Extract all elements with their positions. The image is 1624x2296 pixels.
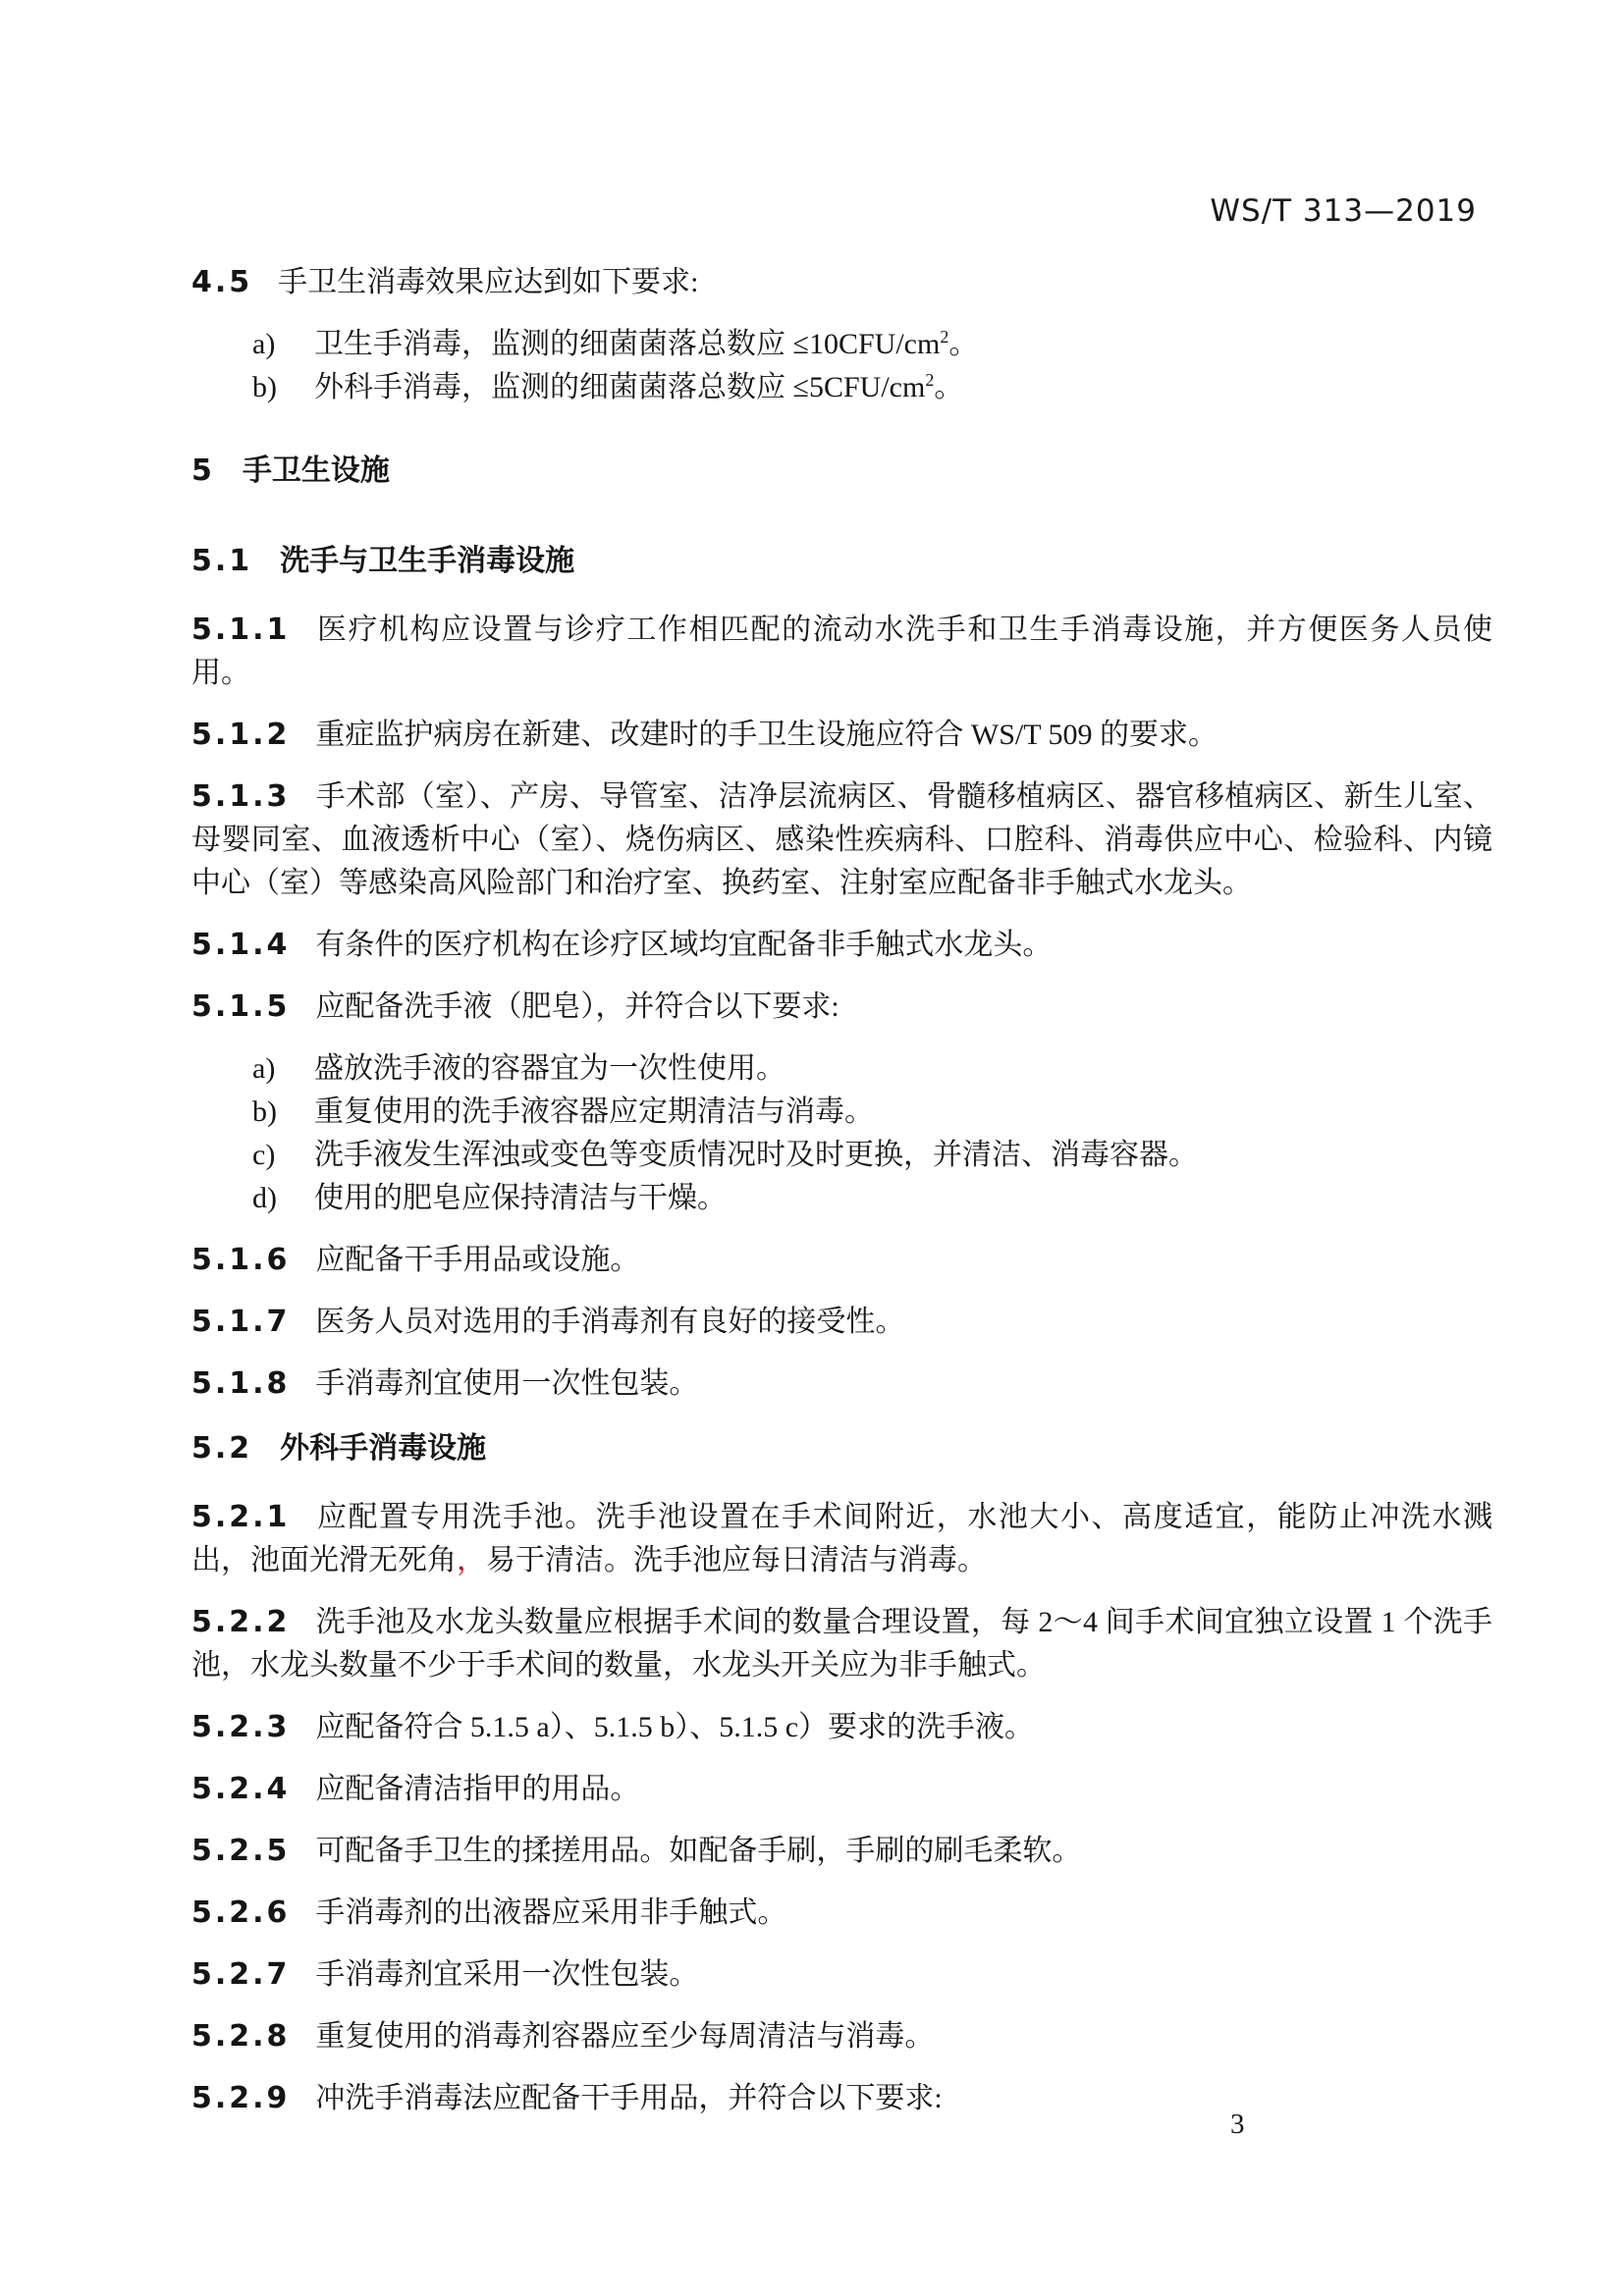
clause-5.2.1: 5.2.1应配置专用洗手池。洗手池设置在手术间附近，水池大小、高度适宜，能防止冲… (191, 1496, 1492, 1582)
text-run: 重复使用的消毒剂容器应至少每周清洁与消毒。 (315, 2020, 934, 2053)
list-item-a-1: a)卫生手消毒，监测的细菌菌落总数应 ≤10CFU/cm2。 (191, 323, 1492, 366)
text-run: 手卫生设施 (243, 454, 390, 488)
clause-5.1.1: 5.1.1医疗机构应设置与诊疗工作相匹配的流动水洗手和卫生手消毒设施，并方便医务… (191, 609, 1492, 695)
clause-5.1.5: 5.1.5应配备洗手液（肥皂），并符合以下要求: (191, 986, 1492, 1029)
block-text: 冲洗手消毒法应配备干手用品，并符合以下要求: (315, 2082, 942, 2114)
block-text: 卫生手消毒，监测的细菌菌落总数应 ≤10CFU/cm2。 (314, 328, 978, 360)
block-text: 医疗机构应设置与诊疗工作相匹配的流动水洗手和卫生手消毒设施，并方便医务人员使用。 (191, 614, 1492, 689)
clause-number: 5.2.3 (191, 1710, 290, 1744)
text-run: 应配备清洁指甲的用品。 (315, 1773, 639, 1805)
block-text: 应配置专用洗手池。洗手池设置在手术间附近，水池大小、高度适宜，能防止冲洗水溅出，… (191, 1501, 1492, 1576)
text-run: 使用的肥皂应保持清洁与干燥。 (314, 1182, 727, 1214)
clause-number: 5.1.4 (191, 928, 290, 962)
text-run: 应配备干手用品或设施。 (315, 1244, 639, 1276)
clause-number: 5.2.2 (191, 1605, 290, 1639)
clause-5.1.8: 5.1.8手消毒剂宜使用一次性包装。 (191, 1362, 1492, 1406)
block-text: 重复使用的洗手液容器应定期清洁与消毒。 (314, 1095, 874, 1128)
text-run: 冲洗手消毒法应配备干手用品，并符合以下要求: (315, 2082, 942, 2114)
block-text: 手卫生消毒效果应达到如下要求: (278, 266, 698, 298)
text-run: 洗手液发生浑浊或变色等变质情况时及时更换，并清洁、消毒容器。 (314, 1139, 1198, 1171)
list-item-b-2: b)外科手消毒，监测的细菌菌落总数应 ≤5CFU/cm2。 (191, 366, 1492, 409)
section-number: 5.2 (191, 1431, 252, 1466)
block-text: 手消毒剂宜使用一次性包装。 (315, 1367, 698, 1400)
list-item-d-13: d)使用的肥皂应保持清洁与干燥。 (191, 1177, 1492, 1220)
list-item-label: c) (252, 1134, 283, 1177)
text-run: 应配备洗手液（肥皂），并符合以下要求: (315, 990, 839, 1023)
clause-5.2.7: 5.2.7手消毒剂宜采用一次性包装。 (191, 1953, 1492, 1997)
clause-number: 5.2.7 (191, 1957, 290, 1992)
list-item-label: a) (252, 323, 283, 366)
block-text: 可配备手卫生的揉搓用品。如配备手刷，手刷的刷毛柔软。 (315, 1835, 1081, 1867)
clause-number: 5.1.7 (191, 1305, 290, 1339)
list-item-label: d) (252, 1177, 283, 1220)
page-number: 3 (1230, 2107, 1245, 2142)
document-page: WS/T 313—2019 4.5手卫生消毒效果应达到如下要求:a)卫生手消毒，… (0, 0, 1624, 2296)
clause-number: 5.1.2 (191, 718, 290, 752)
text-run: 外科手消毒设施 (280, 1431, 486, 1466)
block-text: 外科手消毒设施 (280, 1431, 486, 1466)
text-run: 医疗机构应设置与诊疗工作相匹配的流动水洗手和卫生手消毒设施，并方便医务人员使用。 (191, 614, 1492, 689)
text-run: 外科手消毒，监测的细菌菌落总数应 ≤5CFU/cm (314, 371, 925, 403)
block-text: 应配备洗手液（肥皂），并符合以下要求: (315, 990, 839, 1023)
text-run: 。 (948, 328, 978, 360)
text-run: 手消毒剂宜采用一次性包装。 (315, 1958, 698, 1991)
list-item-a-10: a)盛放洗手液的容器宜为一次性使用。 (191, 1047, 1492, 1091)
clause-number: 5.2.6 (191, 1896, 290, 1930)
text-run: 有条件的医疗机构在诊疗区域均宜配备非手触式水龙头。 (315, 929, 1052, 961)
text-run: 盛放洗手液的容器宜为一次性使用。 (314, 1052, 785, 1085)
block-text: 盛放洗手液的容器宜为一次性使用。 (314, 1052, 785, 1085)
clause-number: 5.1.3 (191, 779, 290, 814)
section-number: 5 (191, 454, 215, 488)
text-run: 手术部（室）、产房、导管室、洁净层流病区、骨髓移植病区、器官移植病区、新生儿室、… (191, 780, 1492, 899)
clause-number: 5.1.6 (191, 1243, 290, 1277)
text-run: ， (457, 1544, 486, 1576)
list-item-label: b) (252, 1091, 283, 1134)
text-run: 卫生手消毒，监测的细菌菌落总数应 ≤10CFU/cm (314, 328, 940, 360)
text-run: 2 (940, 327, 948, 347)
block-text: 洗手池及水龙头数量应根据手术间的数量合理设置，每 2～4 间手术间宜独立设置 1… (191, 1606, 1492, 1682)
clause-5.2.2: 5.2.2洗手池及水龙头数量应根据手术间的数量合理设置，每 2～4 间手术间宜独… (191, 1601, 1492, 1687)
section-heading-5: 5手卫生设施 (191, 450, 1492, 493)
list-item-b-11: b)重复使用的洗手液容器应定期清洁与消毒。 (191, 1091, 1492, 1134)
text-run: 洗手与卫生手消毒设施 (280, 544, 574, 578)
text-run: 手消毒剂的出液器应采用非手触式。 (315, 1896, 786, 1929)
block-text: 应配备清洁指甲的用品。 (315, 1773, 639, 1805)
clause-5.2.8: 5.2.8重复使用的消毒剂容器应至少每周清洁与消毒。 (191, 2015, 1492, 2058)
clause-5.2.5: 5.2.5可配备手卫生的揉搓用品。如配备手刷，手刷的刷毛柔软。 (191, 1830, 1492, 1873)
clause-number: 5.1.5 (191, 989, 290, 1024)
clause-5.1.2: 5.1.2重症监护病房在新建、改建时的手卫生设施应符合 WS/T 509 的要求… (191, 714, 1492, 757)
section-number: 5.1 (191, 544, 252, 578)
text-run: 重复使用的洗手液容器应定期清洁与消毒。 (314, 1095, 874, 1128)
block-text: 应配备干手用品或设施。 (315, 1244, 639, 1276)
block-text: 应配备符合 5.1.5 a）、5.1.5 b）、5.1.5 c）要求的洗手液。 (315, 1711, 1034, 1743)
block-text: 有条件的医疗机构在诊疗区域均宜配备非手触式水龙头。 (315, 929, 1052, 961)
clause-5.2.4: 5.2.4应配备清洁指甲的用品。 (191, 1768, 1492, 1811)
text-run: 医务人员对选用的手消毒剂有良好的接受性。 (315, 1306, 904, 1338)
text-run: 手卫生消毒效果应达到如下要求: (278, 266, 698, 298)
clause-5.2.9: 5.2.9冲洗手消毒法应配备干手用品，并符合以下要求: (191, 2077, 1492, 2120)
text-run: 重症监护病房在新建、改建时的手卫生设施应符合 WS/T 509 的要求。 (315, 719, 1218, 751)
block-text: 手卫生设施 (243, 454, 390, 488)
text-run: 手消毒剂宜使用一次性包装。 (315, 1367, 698, 1400)
text-run: 易于清洁。洗手池应每日清洁与消毒。 (486, 1544, 987, 1576)
block-text: 手术部（室）、产房、导管室、洁净层流病区、骨髓移植病区、器官移植病区、新生儿室、… (191, 780, 1492, 899)
list-item-c-12: c)洗手液发生浑浊或变色等变质情况时及时更换，并清洁、消毒容器。 (191, 1134, 1492, 1177)
list-item-label: a) (252, 1047, 283, 1091)
clause-4.5: 4.5手卫生消毒效果应达到如下要求: (191, 261, 1492, 304)
block-text: 医务人员对选用的手消毒剂有良好的接受性。 (315, 1306, 904, 1338)
block-text: 手消毒剂宜采用一次性包装。 (315, 1958, 698, 1991)
section-heading-5.2: 5.2外科手消毒设施 (191, 1427, 1492, 1470)
block-text: 重症监护病房在新建、改建时的手卫生设施应符合 WS/T 509 的要求。 (315, 719, 1218, 751)
text-run: 2 (925, 370, 934, 390)
text-run: 可配备手卫生的揉搓用品。如配备手刷，手刷的刷毛柔软。 (315, 1835, 1081, 1867)
clause-5.2.6: 5.2.6手消毒剂的出液器应采用非手触式。 (191, 1892, 1492, 1935)
text-run: 洗手池及水龙头数量应根据手术间的数量合理设置，每 2～4 间手术间宜独立设置 1… (191, 1606, 1492, 1682)
block-text: 手消毒剂的出液器应采用非手触式。 (315, 1896, 786, 1929)
clause-5.1.4: 5.1.4有条件的医疗机构在诊疗区域均宜配备非手触式水龙头。 (191, 924, 1492, 967)
section-heading-5.1: 5.1洗手与卫生手消毒设施 (191, 540, 1492, 583)
document-body: 4.5手卫生消毒效果应达到如下要求:a)卫生手消毒，监测的细菌菌落总数应 ≤10… (191, 242, 1492, 2139)
clause-number: 5.1.8 (191, 1366, 290, 1401)
clause-number: 5.2.5 (191, 1834, 290, 1868)
clause-number: 5.1.1 (191, 613, 290, 647)
list-item-label: b) (252, 366, 283, 409)
clause-5.1.6: 5.1.6应配备干手用品或设施。 (191, 1239, 1492, 1282)
block-text: 重复使用的消毒剂容器应至少每周清洁与消毒。 (315, 2020, 934, 2053)
block-text: 外科手消毒，监测的细菌菌落总数应 ≤5CFU/cm2。 (314, 371, 963, 403)
text-run: 。 (934, 371, 963, 403)
clause-5.1.3: 5.1.3手术部（室）、产房、导管室、洁净层流病区、骨髓移植病区、器官移植病区、… (191, 775, 1492, 905)
block-text: 洗手液发生浑浊或变色等变质情况时及时更换，并清洁、消毒容器。 (314, 1139, 1198, 1171)
clause-number: 4.5 (191, 265, 252, 299)
block-text: 洗手与卫生手消毒设施 (280, 544, 574, 578)
clause-5.2.3: 5.2.3应配备符合 5.1.5 a）、5.1.5 b）、5.1.5 c）要求的… (191, 1706, 1492, 1749)
clause-number: 5.2.1 (191, 1500, 290, 1534)
text-run: 应配备符合 5.1.5 a）、5.1.5 b）、5.1.5 c）要求的洗手液。 (315, 1711, 1034, 1743)
clause-number: 5.2.4 (191, 1772, 290, 1806)
page-header-standard-number: WS/T 313—2019 (1210, 193, 1477, 229)
clause-number: 5.2.9 (191, 2081, 290, 2115)
block-text: 使用的肥皂应保持清洁与干燥。 (314, 1182, 727, 1214)
clause-5.1.7: 5.1.7医务人员对选用的手消毒剂有良好的接受性。 (191, 1301, 1492, 1344)
clause-number: 5.2.8 (191, 2019, 290, 2054)
